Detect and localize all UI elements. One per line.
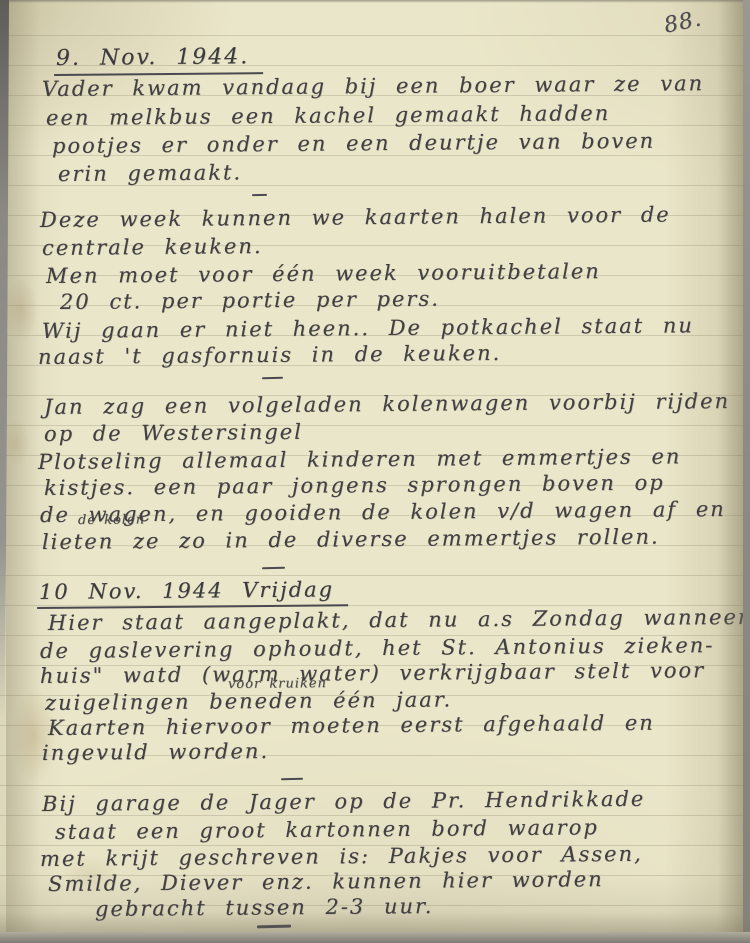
handwriting-line: erin gemaakt. [58, 159, 242, 187]
paper-edge-bottom [0, 932, 750, 943]
handwriting-line: 20 ct. per portie per pers. [60, 286, 440, 315]
paper-edge-bottom-shadow [0, 912, 750, 934]
handwriting-line: op de Westersingel [44, 419, 303, 447]
handwriting-line: centrale keuken. [42, 233, 263, 261]
paper-edge-right-band [718, 0, 744, 943]
paper-edge-left-shadow [6, 0, 40, 943]
handwriting-line: Kaarten hiervoor moeten eerst afgehaald … [48, 710, 655, 741]
handwriting-line: Smilde, Diever enz. kunnen hier worden [48, 866, 604, 897]
handwriting-line: pootjes er onder en een deurtje van bove… [52, 128, 655, 159]
entry-heading-10-nov: 10 Nov. 1944 Vrijdag [37, 576, 348, 609]
diary-page: 88. 9. Nov. 1944. Vader kwam vandaag bij… [0, 0, 750, 943]
entry-heading-9-nov: 9. Nov. 1944. [54, 44, 264, 76]
paper-edge-top [0, 0, 750, 3]
handwriting-line: Deze week kunnen we kaarten halen voor d… [40, 201, 671, 233]
handwriting-line: kistjes. een paar jongens sprongen boven… [44, 470, 665, 501]
handwriting-line: lieten ze zo in de diverse emmertjes rol… [42, 524, 660, 555]
paper-edge-right [743, 0, 750, 943]
handwriting-line: staat een groot kartonnen bord waarop [55, 814, 599, 845]
interlinear-insertion: de kolen [78, 513, 145, 528]
handwriting-line: een melkbus een kachel gemaakt hadden [46, 100, 610, 131]
handwriting-line: Men moet voor één week vooruitbetalen [46, 258, 601, 289]
handwriting-line: naast 't gasfornuis in de keuken. [38, 340, 501, 370]
separator-dash [252, 194, 267, 196]
handwriting-line: ingevuld worden. [42, 738, 269, 766]
handwriting-line: Bij garage de Jager op de Pr. Hendrikkad… [42, 786, 646, 817]
